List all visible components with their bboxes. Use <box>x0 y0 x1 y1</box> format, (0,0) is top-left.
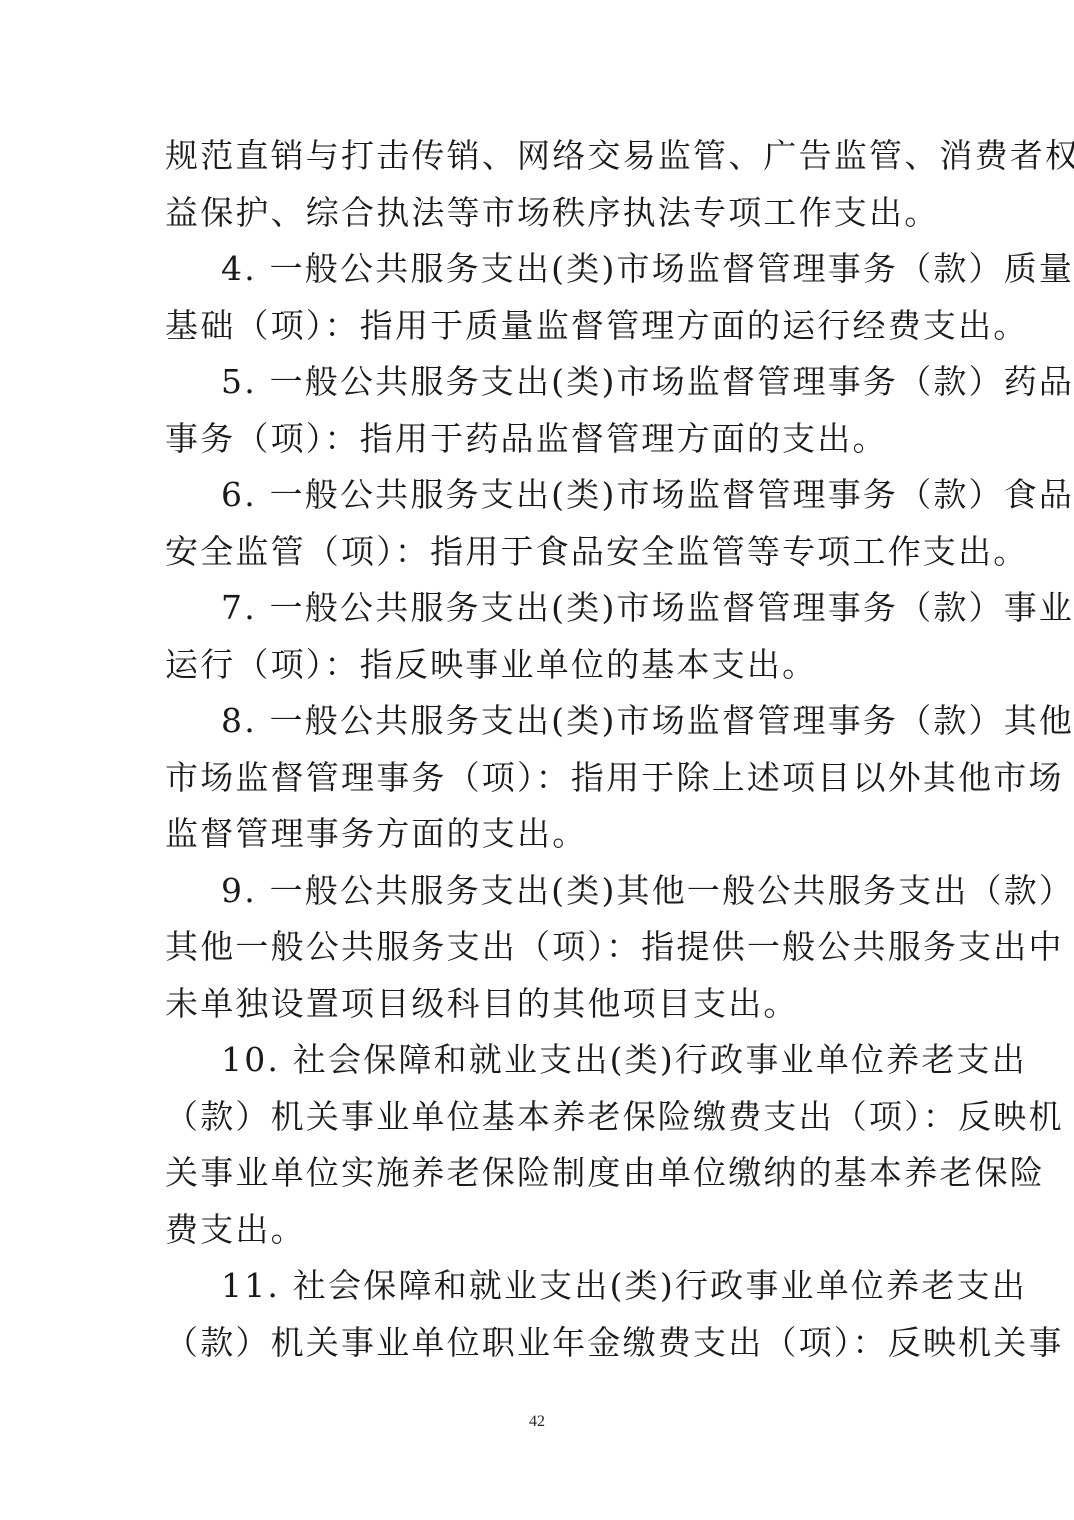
text-line: 基础（项）：指用于质量监督管理方面的运行经费支出。 <box>165 298 911 355</box>
paragraph-continuation: 规范直销与打击传销、网络交易监管、广告监管、消费者权 益保护、综合执法等市场秩序… <box>165 128 911 241</box>
text-line: 未单独设置项目级科目的其他项目支出。 <box>165 976 911 1033</box>
text-line: 运行（项）：指反映事业单位的基本支出。 <box>165 637 911 694</box>
paragraph-item-8: 8. 一般公共服务支出(类)市场监督管理事务（款）其他 市场监督管理事务（项）：… <box>165 693 911 863</box>
paragraph-item-9: 9. 一般公共服务支出(类)其他一般公共服务支出（款） 其他一般公共服务支出（项… <box>165 863 911 1033</box>
text-line: 事务（项）：指用于药品监督管理方面的支出。 <box>165 411 911 468</box>
text-line: （款）机关事业单位基本养老保险缴费支出（项）：反映机 <box>165 1089 911 1146</box>
text-line: 5. 一般公共服务支出(类)市场监督管理事务（款）药品 <box>165 354 911 411</box>
paragraph-item-10: 10. 社会保障和就业支出(类)行政事业单位养老支出 （款）机关事业单位基本养老… <box>165 1032 911 1258</box>
text-line: 市场监督管理事务（项）：指用于除上述项目以外其他市场 <box>165 750 911 807</box>
text-line: 费支出。 <box>165 1202 911 1259</box>
page-number: 42 <box>0 1413 1074 1431</box>
text-line: 4. 一般公共服务支出(类)市场监督管理事务（款）质量 <box>165 241 911 298</box>
text-line: 关事业单位实施养老保险制度由单位缴纳的基本养老保险 <box>165 1145 911 1202</box>
paragraph-item-4: 4. 一般公共服务支出(类)市场监督管理事务（款）质量 基础（项）：指用于质量监… <box>165 241 911 354</box>
text-line: 6. 一般公共服务支出(类)市场监督管理事务（款）食品 <box>165 467 911 524</box>
text-line: 监督管理事务方面的支出。 <box>165 806 911 863</box>
text-line: 9. 一般公共服务支出(类)其他一般公共服务支出（款） <box>165 863 911 920</box>
text-line: 益保护、综合执法等市场秩序执法专项工作支出。 <box>165 185 911 242</box>
paragraph-item-11: 11. 社会保障和就业支出(类)行政事业单位养老支出 （款）机关事业单位职业年金… <box>165 1258 911 1371</box>
text-line: 11. 社会保障和就业支出(类)行政事业单位养老支出 <box>165 1258 911 1315</box>
paragraph-item-6: 6. 一般公共服务支出(类)市场监督管理事务（款）食品 安全监管（项）：指用于食… <box>165 467 911 580</box>
text-line: 其他一般公共服务支出（项）：指提供一般公共服务支出中 <box>165 919 911 976</box>
text-line: 安全监管（项）：指用于食品安全监管等专项工作支出。 <box>165 524 911 581</box>
paragraph-item-7: 7. 一般公共服务支出(类)市场监督管理事务（款）事业 运行（项）：指反映事业单… <box>165 580 911 693</box>
text-line: （款）机关事业单位职业年金缴费支出（项）：反映机关事 <box>165 1315 911 1372</box>
text-line: 8. 一般公共服务支出(类)市场监督管理事务（款）其他 <box>165 693 911 750</box>
text-line: 10. 社会保障和就业支出(类)行政事业单位养老支出 <box>165 1032 911 1089</box>
text-line: 7. 一般公共服务支出(类)市场监督管理事务（款）事业 <box>165 580 911 637</box>
document-body: 规范直销与打击传销、网络交易监管、广告监管、消费者权 益保护、综合执法等市场秩序… <box>165 128 911 1371</box>
text-line: 规范直销与打击传销、网络交易监管、广告监管、消费者权 <box>165 128 911 185</box>
paragraph-item-5: 5. 一般公共服务支出(类)市场监督管理事务（款）药品 事务（项）：指用于药品监… <box>165 354 911 467</box>
